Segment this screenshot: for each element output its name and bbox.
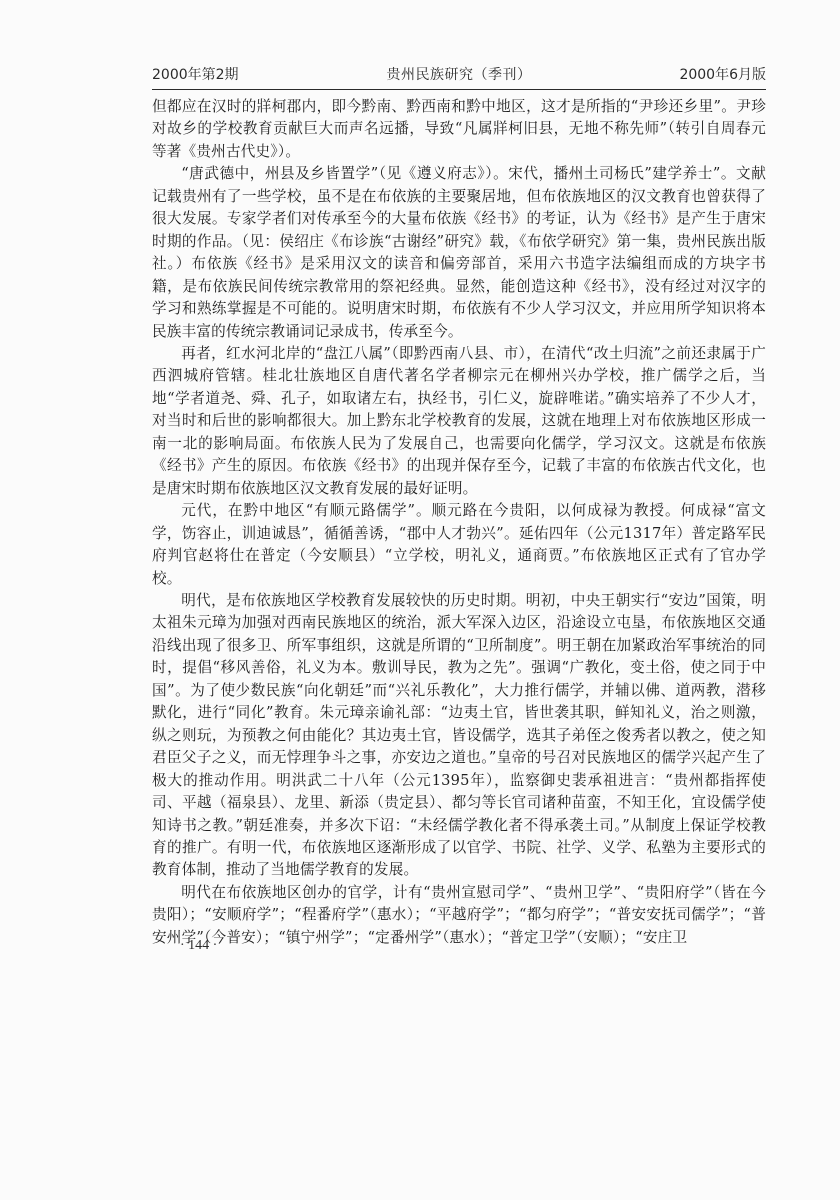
paragraph-5: 明代，是布依族地区学校教育发展较快的历史时期。明初，中央王朝实行“安边”国策，明… bbox=[152, 590, 766, 882]
paragraph-1: 但都应在汉时的牂柯郡内，即今黔南、黔西南和黔中地区，这才是所指的“尹珍还乡里”。… bbox=[152, 96, 766, 163]
paragraph-2: “唐武德中，州县及乡皆置学”（见《遵义府志》）。宋代，播州土司杨氏”建学养士”。… bbox=[152, 163, 766, 343]
page-number: · 144 · bbox=[180, 938, 217, 954]
document-page: 2000年第2期 贵州民族研究（季刊） 2000年6月版 但都应在汉时的牂柯郡内… bbox=[0, 0, 840, 1200]
paragraph-4: 元代，在黔中地区“有顺元路儒学”。顺元路在今贵阳，以何成禄为教授。何成禄“富文学… bbox=[152, 500, 766, 590]
running-header: 2000年第2期 贵州民族研究（季刊） 2000年6月版 bbox=[152, 64, 766, 86]
journal-title: 贵州民族研究（季刊） bbox=[152, 64, 766, 84]
article-body: 但都应在汉时的牂柯郡内，即今黔南、黔西南和黔中地区，这才是所指的“尹珍还乡里”。… bbox=[152, 96, 766, 949]
header-rule bbox=[152, 89, 766, 90]
edition-label: 2000年6月版 bbox=[679, 64, 766, 84]
paragraph-3: 再者，红水河北岸的“盘江八属”（即黔西南八县、市），在清代“改土归流”之前还隶属… bbox=[152, 343, 766, 500]
paragraph-6: 明代在布依族地区创办的官学，计有“贵州宣慰司学”、“贵州卫学”、“贵阳府学”（皆… bbox=[152, 882, 766, 949]
